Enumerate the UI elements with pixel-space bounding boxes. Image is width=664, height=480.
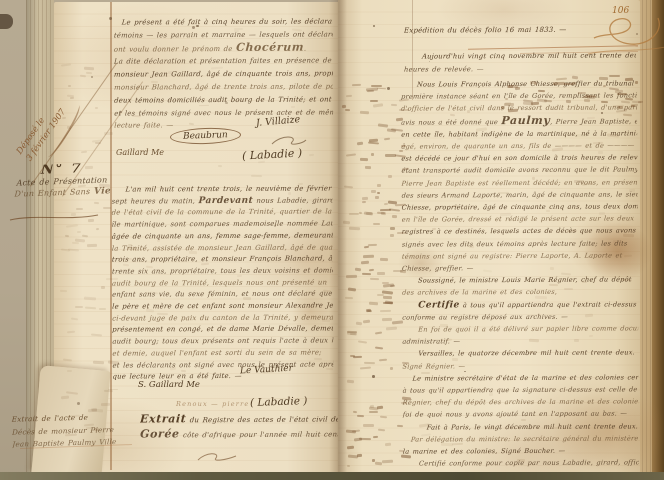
right-page-crease (412, 0, 413, 100)
folio-number: 106 (612, 6, 629, 16)
manuscript-right-page (338, 0, 640, 473)
photo-corner-mark (0, 14, 13, 29)
book-cover-right (652, 0, 664, 473)
torn-page-corner (31, 365, 110, 479)
book-bottom-edge (0, 472, 664, 480)
manuscript-scan: Déposé le 3 février 1907 Le présent a ét… (0, 0, 664, 480)
page-edges-right (638, 0, 652, 473)
book-gutter (329, 0, 347, 473)
